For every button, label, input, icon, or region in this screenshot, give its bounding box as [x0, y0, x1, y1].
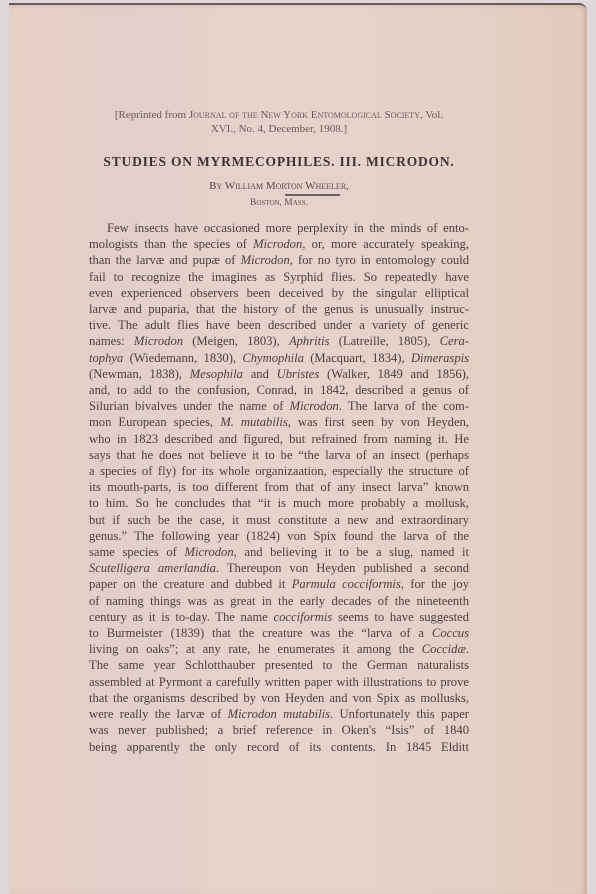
author-name: By William Morton Wheeler, [209, 180, 349, 192]
body-line: mologists than the species of Microdon, … [89, 236, 469, 252]
reprint-suffix: , Vol. [420, 109, 443, 121]
body-line: genus.” The following year (1824) von Sp… [89, 528, 469, 544]
body-line: assembled at Pyrmont a carefully written… [89, 674, 469, 690]
body-line: mon European species, M. mutabilis, was … [89, 414, 469, 430]
body-line: fail to recognize the imagines as Syrphi… [89, 269, 469, 285]
body-line: of naming things was as great in the ear… [89, 593, 469, 609]
body-line: its mouth-parts, is too different from t… [89, 479, 469, 495]
author-location: Boston, Mass. [89, 198, 469, 208]
body-line: to him. So he concludes that “it is much… [89, 495, 469, 511]
body-line: same species of Microdon, and believing … [89, 544, 469, 560]
page-content: [Reprinted from Journal of the New York … [89, 108, 469, 755]
body-line: The same year Schlotthauber presented to… [89, 657, 469, 673]
body-line: were really the larvæ of Microdon mutabi… [89, 706, 469, 722]
body-line: says that he does not believe it to be “… [89, 447, 469, 463]
article-body: Few insects have occasioned more perplex… [89, 220, 469, 755]
body-line: paper on the creature and dubbed it Parm… [89, 576, 469, 592]
body-line: Scutelligera amerlandia. Thereupon von H… [89, 560, 469, 576]
reprint-prefix: [Reprinted from [115, 109, 189, 121]
body-line: century as it is to-day. The name coccif… [89, 609, 469, 625]
author-byline: By William Morton Wheeler, [89, 180, 469, 196]
body-line: but if such be the case, it must constit… [89, 512, 469, 528]
body-line: tophya (Wiedemann, 1830), Chymophila (Ma… [89, 350, 469, 366]
body-line: that the organisms described by von Heyd… [89, 690, 469, 706]
body-line: Few insects have occasioned more perplex… [89, 220, 469, 236]
body-line: larvæ and puparia, that the history of t… [89, 301, 469, 317]
body-line: names: Microdon (Meigen, 1803), Aphritis… [89, 333, 469, 349]
body-line: tive. The adult flies have been describe… [89, 317, 469, 333]
journal-name: Journal of the New York Entomological So… [189, 109, 420, 121]
body-line: who in 1823 described and figured, but r… [89, 431, 469, 447]
body-line: Silurian bivalves under the name of Micr… [89, 398, 469, 414]
article-title: STUDIES ON MYRMECOPHILES. III. MICRODON. [89, 154, 469, 170]
body-line: living on oaks”; at any rate, he enumera… [89, 641, 469, 657]
body-line: (Newman, 1838), Mesophila and Ubristes (… [89, 366, 469, 382]
body-line: being apparently the only record of its … [89, 739, 469, 755]
document-page: [Reprinted from Journal of the New York … [9, 3, 587, 894]
body-line: and, to add to the confusion, Conrad, in… [89, 382, 469, 398]
body-line: a species of fly) for its whole organiza… [89, 463, 469, 479]
body-line: was never published; a brief reference i… [89, 722, 469, 738]
reprint-notice: [Reprinted from Journal of the New York … [89, 108, 469, 136]
reprint-issue: XVI., No. 4, December, 1908.] [211, 123, 347, 135]
byline-rule [285, 194, 340, 196]
body-line: to Burmeister (1839) that the creature w… [89, 625, 469, 641]
body-line: than the larvæ and pupæ of Microdon, for… [89, 252, 469, 268]
body-line: even experienced observers been deceived… [89, 285, 469, 301]
